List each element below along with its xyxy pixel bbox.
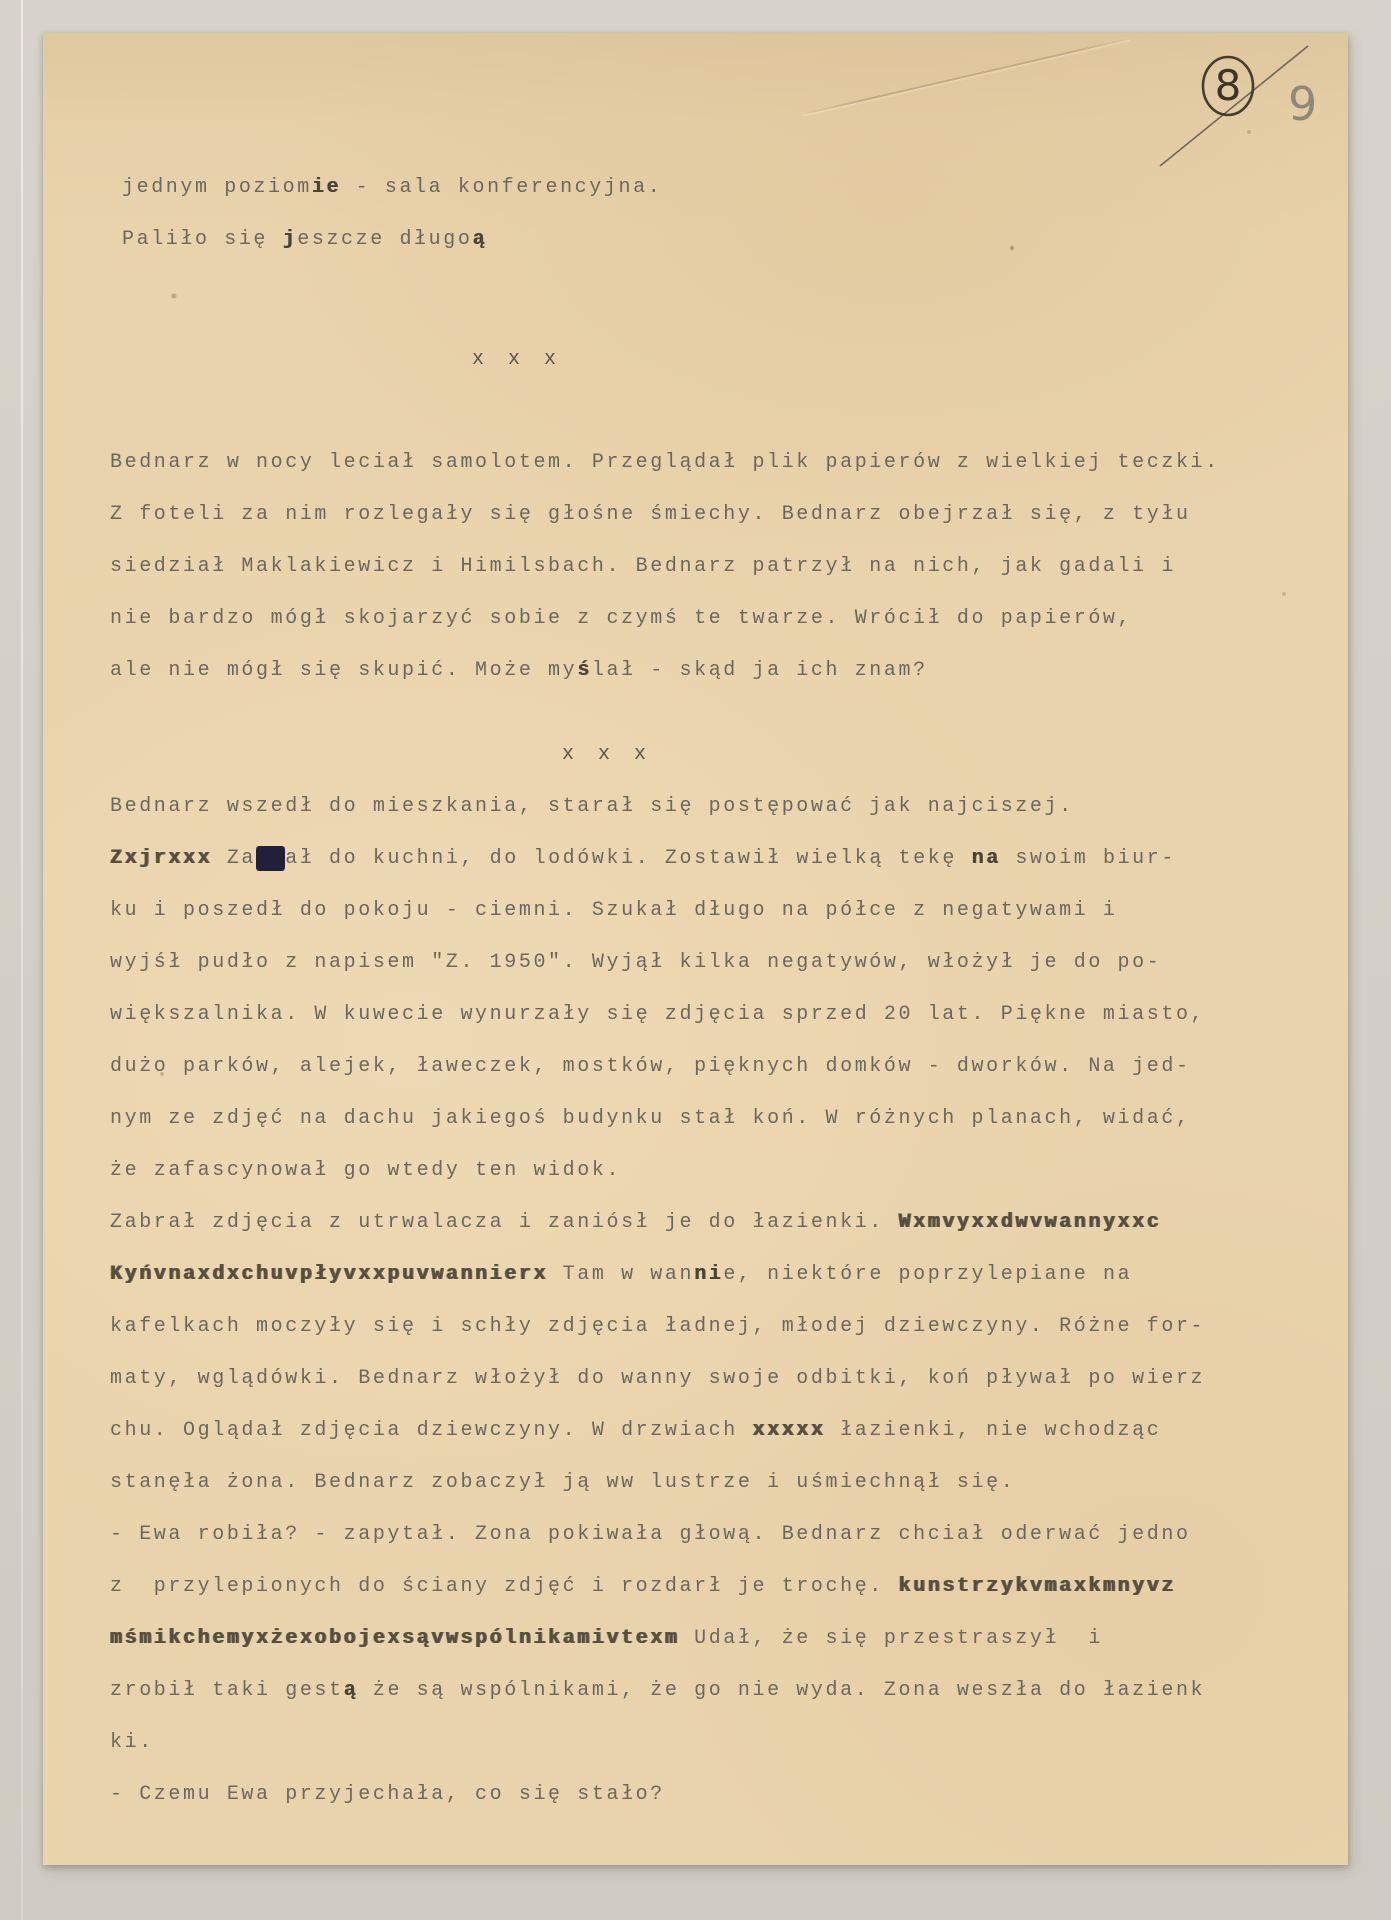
typed-text-segment: ku i poszedł do pokoju - ciemni. Szukał … (110, 899, 1118, 922)
typed-text-segment: z przylepionych do ściany zdjęć i rozdar… (110, 1575, 899, 1598)
typed-text-segment: nie bardzo mógł skojarzyć sobie z czymś … (110, 607, 1132, 630)
typed-line: ki. (110, 1717, 1372, 1769)
typed-text-segment: Paliło się (122, 228, 283, 251)
overtyped-strikeout-text: Kyńvnaxdxchuvpłyvxxpuvwannierx (110, 1263, 548, 1286)
section-divider: x x x (110, 334, 1372, 386)
typed-line: Kyńvnaxdxchuvpłyvxxpuvwannierx Tam w wan… (110, 1249, 1372, 1301)
typed-line: zrobił taki gestą że są wspólnikami, że … (110, 1665, 1372, 1717)
typed-line: kafelkach moczyły się i schły zdjęcia ła… (110, 1301, 1372, 1353)
typed-text-segment: nym ze zdjęć na dachu jakiegoś budynku s… (110, 1107, 1191, 1130)
typed-line: chu. Oglądał zdjęcia dziewczyny. W drzwi… (110, 1405, 1372, 1457)
typed-line: dużo parków, alejek, ławeczek, mostków, … (110, 1041, 1372, 1093)
paragraph: Bednarz w nocy leciał samolotem. Przeglą… (110, 437, 1372, 697)
typed-text-segment: swoim biur- (1001, 847, 1176, 870)
typed-text-segment: że zafascynował go wtedy ten widok. (110, 1159, 621, 1182)
typed-line: mśmikchemyxżexobojexsąvwspólnikamivtexm … (110, 1613, 1372, 1665)
typed-text-segment: chu. Oglądał zdjęcia dziewczyny. W drzwi… (110, 1419, 753, 1442)
background-crease-line (21, 0, 23, 1920)
typed-text-segment: Tam w wan (548, 1263, 694, 1286)
typed-line: Bednarz wszedł do mieszkania, starał się… (110, 781, 1372, 833)
overstruck-text: ą (472, 228, 487, 251)
typed-line: wyjśł pudło z napisem "Z. 1950". Wyjął k… (110, 937, 1372, 989)
typed-line: Bednarz w nocy leciał samolotem. Przeglą… (110, 437, 1372, 489)
typed-text-segment: ał do kuchni, do lodówki. Zostawił wielk… (285, 847, 971, 870)
typed-text-segment: wyjśł pudło z napisem "Z. 1950". Wyjął k… (110, 951, 1161, 974)
typed-line: ale nie mógł się skupić. Może myślał - s… (110, 645, 1372, 697)
overstruck-text: ni (694, 1263, 723, 1286)
overstruck-text: j (283, 228, 298, 251)
overstruck-text: ś (577, 659, 592, 682)
typed-line: z przylepionych do ściany zdjęć i rozdar… (110, 1561, 1372, 1613)
typed-line: Paliło się jeszcze długoą (122, 214, 1372, 266)
typed-line: ku i poszedł do pokoju - ciemni. Szukał … (110, 885, 1372, 937)
paper-dust-specks (43, 33, 45, 35)
typed-text-segment: ki. (110, 1731, 154, 1754)
typed-line: maty, wglądówki. Bednarz włożył do wanny… (110, 1353, 1372, 1405)
typed-line: siedział Maklakiewicz i Himilsbach. Bedn… (110, 541, 1372, 593)
typed-line: - Czemu Ewa przyjechała, co się stało? (110, 1769, 1372, 1821)
section-divider: x x x (110, 729, 1372, 781)
typed-text-segment: że są wspólnikami, że go nie wyda. Zona … (358, 1679, 1205, 1702)
overstruck-text: na (972, 847, 1001, 870)
typed-text-segment: siedział Maklakiewicz i Himilsbach. Bedn… (110, 555, 1176, 578)
typed-text-segment: kafelkach moczyły się i schły zdjęcia ła… (110, 1315, 1205, 1338)
paper-fold-crease (803, 38, 1130, 115)
typed-text-segment: jednym poziom (122, 176, 312, 199)
typed-line: - Ewa robiła? - zapytał. Zona pokiwała g… (110, 1509, 1372, 1561)
typed-text-segment: e, niektóre poprzylepiane na (723, 1263, 1132, 1286)
overstruck-text: ie (312, 176, 341, 199)
typed-text-segment: Bednarz wszedł do mieszkania, starał się… (110, 795, 1074, 818)
typed-text-segment: Udał, że się przestraszył i (679, 1627, 1102, 1650)
overtyped-strikeout-text: xxxxx (753, 1419, 826, 1442)
document-page: jednym poziomie - sala konferencyjna.Pal… (43, 33, 1348, 1865)
typed-line: że zafascynował go wtedy ten widok. (110, 1145, 1372, 1197)
ink-blot: br (256, 847, 285, 870)
typed-text: jednym poziomie - sala konferencyjna.Pal… (110, 162, 1372, 1821)
typed-line: nie bardzo mógł skojarzyć sobie z czymś … (110, 593, 1372, 645)
typed-text-segment: zrobił taki gest (110, 1679, 344, 1702)
typed-line: Zxjrxxx Zabrał do kuchni, do lodówki. Zo… (110, 833, 1372, 885)
overtyped-strikeout-text: Wxmvyxxdwvwannyxxc (899, 1211, 1162, 1234)
typed-text-segment: ale nie mógł się skupić. Może my (110, 659, 577, 682)
handwritten-page-numbers: 8 9 (1140, 28, 1350, 178)
typed-text-segment: Bednarz w nocy leciał samolotem. Przeglą… (110, 451, 1220, 474)
typed-line: większalnika. W kuwecie wynurzały się zd… (110, 989, 1372, 1041)
typed-text-segment: maty, wglądówki. Bednarz włożył do wanny… (110, 1367, 1205, 1390)
typed-text-segment: lał - skąd ja ich znam? (592, 659, 928, 682)
typed-text-segment: dużo parków, alejek, ławeczek, mostków, … (110, 1055, 1191, 1078)
typed-text-segment: łazienki, nie wchodząc (826, 1419, 1162, 1442)
overstruck-text: ą (344, 1679, 359, 1702)
overtyped-strikeout-text: kunstrzykvmaxkmnyvz (899, 1575, 1176, 1598)
overtyped-strikeout-text: Zxjrxxx (110, 847, 212, 870)
paragraph: Bednarz wszedł do mieszkania, starał się… (110, 781, 1372, 1821)
typed-text-segment: - sala konferencyjna. (341, 176, 662, 199)
typed-line: stanęła żona. Bednarz zobaczył ją ww lus… (110, 1457, 1372, 1509)
typed-text-segment: eszcze długo (297, 228, 472, 251)
typed-text-segment: większalnika. W kuwecie wynurzały się zd… (110, 1003, 1205, 1026)
pencil-page-number: 9 (1288, 77, 1317, 131)
overtyped-strikeout-text: mśmikchemyxżexobojexsąvwspólnikamivtexm (110, 1627, 679, 1650)
typed-text-segment: Za (212, 847, 256, 870)
typed-text-segment: stanęła żona. Bednarz zobaczył ją ww lus… (110, 1471, 1015, 1494)
typed-text-segment: Zabrał zdjęcia z utrwalacza i zaniósł je… (110, 1211, 899, 1234)
typed-text-segment: - Czemu Ewa przyjechała, co się stało? (110, 1783, 665, 1806)
typed-line: Zabrał zdjęcia z utrwalacza i zaniósł je… (110, 1197, 1372, 1249)
crossed-out-page-number: 8 (1215, 61, 1242, 110)
typed-line: Z foteli za nim rozlegały się głośne śmi… (110, 489, 1372, 541)
typed-line: nym ze zdjęć na dachu jakiegoś budynku s… (110, 1093, 1372, 1145)
scanned-typescript-screenshot: { "annotations": { "crossed_page_number"… (0, 0, 1391, 1920)
typed-text-segment: - Ewa robiła? - zapytał. Zona pokiwała g… (110, 1523, 1191, 1546)
typed-text-segment: Z foteli za nim rozlegały się głośne śmi… (110, 503, 1191, 526)
